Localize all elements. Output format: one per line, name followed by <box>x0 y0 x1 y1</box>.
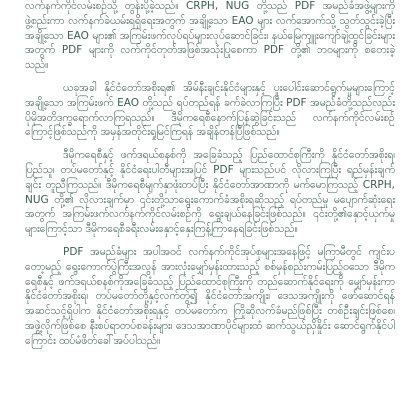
body-paragraph: ယခုအခါ နိုင်ငံတော်အစိုးရ၏ အိမ်နီးချင်းနိ… <box>25 81 395 140</box>
document-page: လက်နက်ကိုင်လမ်းစဉ်သို့ တွန်းပို့ခဲ့သည်။ … <box>0 0 400 400</box>
body-paragraph: ဒီမိုကရေစီနှင့် ဖက်ဒရယ်စနစ်ကို အခြေခံသည့… <box>25 148 395 237</box>
body-paragraph-continuation: လက်နက်ကိုင်လမ်းစဉ်သို့ တွန်းပို့ခဲ့သည်။ … <box>25 0 395 73</box>
body-paragraph: PDF အမည်ခံများ အပါအဝင် လက်နက်ကိုင်အုပ်စု… <box>25 245 395 349</box>
